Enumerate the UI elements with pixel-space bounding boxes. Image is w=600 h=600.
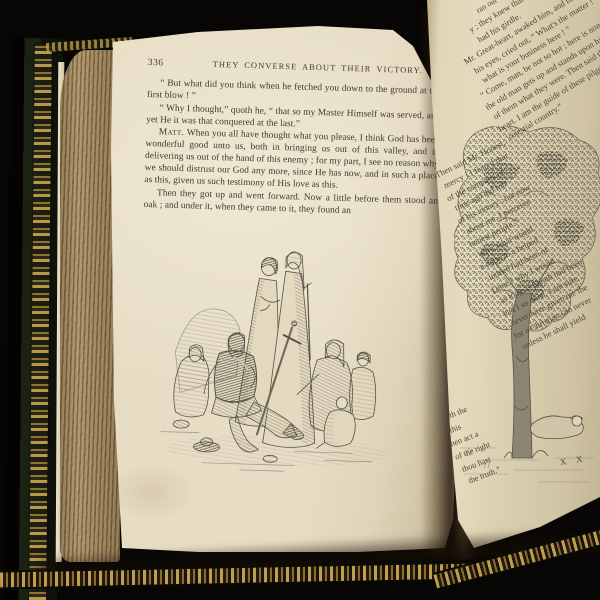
page-header: 336 THEY CONVERSE ABOUT THEIR VICTORY. — [148, 58, 442, 77]
front-cover-edge — [5, 38, 63, 600]
pilgrims-illustration — [144, 223, 417, 481]
paragraph: Matt. When you all have thought what you… — [144, 126, 440, 195]
page-number: 336 — [148, 58, 208, 70]
speaker-label: Matt. — [159, 127, 185, 138]
running-header: THEY CONVERSE ABOUT THEIR VICTORY. — [208, 60, 442, 76]
paragraph-text: “ But what did you think when he fetched… — [147, 78, 442, 101]
left-page-content: 336 THEY CONVERSE ABOUT THEIR VICTORY. “… — [136, 58, 442, 487]
right-page-text-fragments-top: ran out y ; they knew that he was had hi… — [438, 0, 600, 145]
paragraph-text: When you all have thought what you pleas… — [144, 128, 440, 191]
book-photograph: 336 THEY CONVERSE ABOUT THEIR VICTORY. “… — [0, 0, 600, 600]
left-page: 336 THEY CONVERSE ABOUT THEIR VICTORY. “… — [108, 24, 460, 556]
page-block-fore-edge — [60, 50, 120, 562]
gilt-tooling-border — [29, 44, 52, 600]
